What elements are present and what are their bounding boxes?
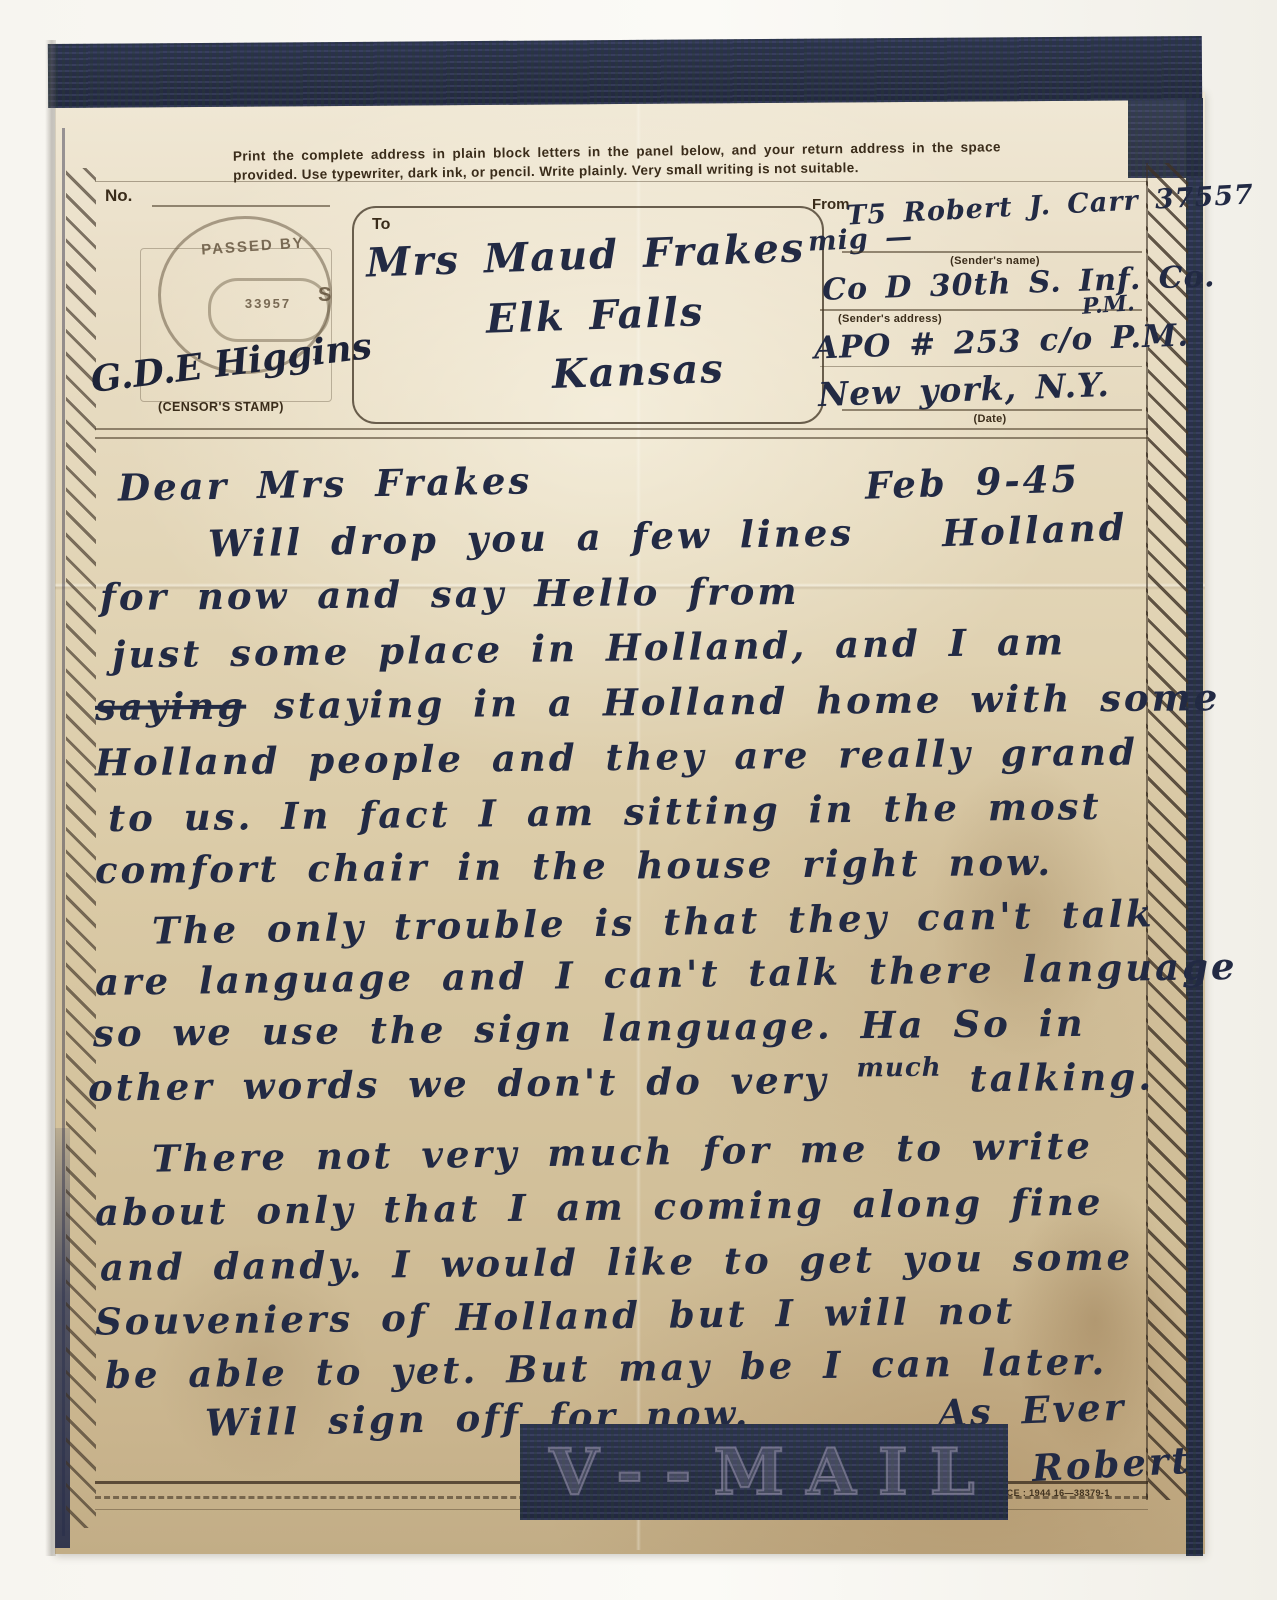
vmail-text: V--MAIL: [531, 1435, 997, 1510]
vmail-stamp: V--MAIL: [520, 1424, 1008, 1520]
letter-line-start: other words we don't do very: [88, 1058, 829, 1110]
to-address-line3: Kansas: [551, 345, 725, 398]
stamp-letter: S: [318, 284, 331, 307]
letter-date: Feb 9-45: [864, 456, 1081, 507]
no-field-line: [152, 205, 330, 207]
from-label: From: [812, 196, 850, 213]
date-caption: (Date): [930, 413, 1050, 425]
strike-word: saying: [95, 684, 247, 729]
letter-line-tail: talking.: [969, 1054, 1154, 1100]
letter-line: comfort chair in the house right now.: [95, 840, 1053, 892]
header-rule: [95, 181, 1148, 182]
letter-line: Dear Mrs Frakes: [118, 458, 533, 509]
right-dark-band: [1186, 98, 1203, 1556]
divider-rule-1: [95, 428, 1148, 430]
date-rule: [842, 409, 1142, 411]
letter-place: Holland: [941, 505, 1128, 555]
stamp-number: 33957: [218, 296, 318, 311]
vmail-letter-scan: Print the complete address in plain bloc…: [0, 0, 1277, 1600]
to-address-line2: Elk Falls: [485, 288, 705, 343]
pm-note: P.M.: [1081, 290, 1135, 320]
censor-stamp-label: (CENSOR'S STAMP): [158, 400, 284, 414]
top-dark-band: [48, 36, 1202, 108]
divider-rule-2: [95, 437, 1148, 439]
letter-line-rest: staying in a Holland home with some: [274, 675, 1221, 727]
hatched-border-right: [1146, 163, 1188, 1500]
photo-edge-shadow: [45, 40, 56, 1556]
letter-line: for now and say Hello from: [100, 569, 800, 619]
sender-name-rule: [842, 251, 1142, 253]
inserted-word: much: [856, 1053, 941, 1084]
to-label: To: [372, 216, 390, 234]
no-label: No.: [105, 186, 132, 206]
